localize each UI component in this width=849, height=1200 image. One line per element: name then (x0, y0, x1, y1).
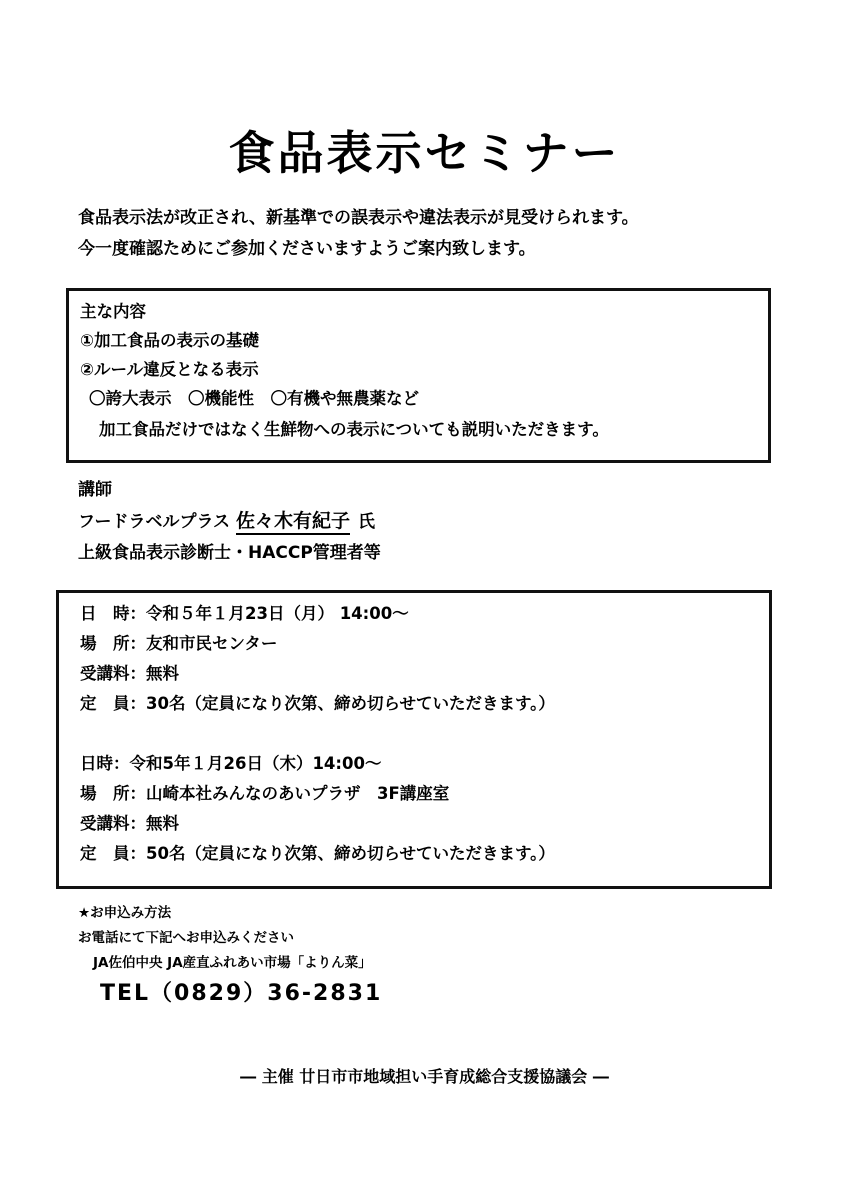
application-contact: JA佐伯中央 JA産直ふれあい市場「よりん菜」 (93, 954, 372, 972)
contents-box: 主な内容 ①加工食品の表示の基礎 ②ルール違反となる表示 〇誇大表示 〇機能性 … (66, 288, 771, 463)
application-tel: TEL（0829）36-2831 (100, 980, 382, 1008)
session-2-datetime: 日時：令和5年１月26日（木）14:00～ (80, 753, 381, 775)
session-1-datetime: 日 時：令和５年１月23日（月） 14:00～ (80, 603, 409, 625)
session-1-capacity: 定 員：30名（定員になり次第、締め切らせていただきます。） (80, 693, 555, 715)
session-2-venue: 場 所：山崎本社みんなのあいプラザ 3F講座室 (80, 783, 449, 805)
contents-item-4: 加工食品だけではなく生鮮物への表示についても説明いただきます。 (99, 419, 609, 441)
lecturer-name: 佐々木有紀子 (236, 510, 350, 535)
contents-item-1: ①加工食品の表示の基礎 (80, 330, 259, 352)
session-2-fee: 受講料：無料 (80, 813, 179, 835)
application-heading: ★お申込み方法 (78, 904, 171, 922)
lecturer-org: フードラベルプラス (78, 512, 230, 532)
organizer-footer: ― 主催 廿日市市地域担い手育成総合支援協議会 ― (0, 1066, 849, 1088)
lecturer-credentials: 上級食品表示診断士・HACCP管理者等 (78, 541, 381, 565)
contents-item-2: ②ルール違反となる表示 (80, 359, 259, 381)
session-1-venue: 場 所：友和市民センター (80, 633, 277, 655)
intro-line-2: 今一度確認ためにご参加くださいますようご案内致します。 (78, 238, 536, 260)
intro-line-1: 食品表示法が改正され、新基準での誤表示や違法表示が見受けられます。 (78, 207, 639, 229)
lecturer-honorific: 氏 (358, 512, 375, 532)
lecturer-heading: 講師 (78, 478, 112, 502)
sessions-box: 日 時：令和５年１月23日（月） 14:00～ 場 所：友和市民センター 受講料… (56, 590, 772, 889)
session-1-fee: 受講料：無料 (80, 663, 179, 685)
lecturer-line: フードラベルプラス佐々木有紀子氏 (78, 509, 375, 534)
page-title: 食品表示セミナー (0, 118, 849, 188)
contents-item-3: 〇誇大表示 〇機能性 〇有機や無農薬など (89, 388, 419, 410)
contents-heading: 主な内容 (80, 301, 146, 323)
application-instruction: お電話にて下記へお申込みください (78, 929, 294, 947)
session-2-capacity: 定 員：50名（定員になり次第、締め切らせていただきます。） (80, 843, 555, 865)
